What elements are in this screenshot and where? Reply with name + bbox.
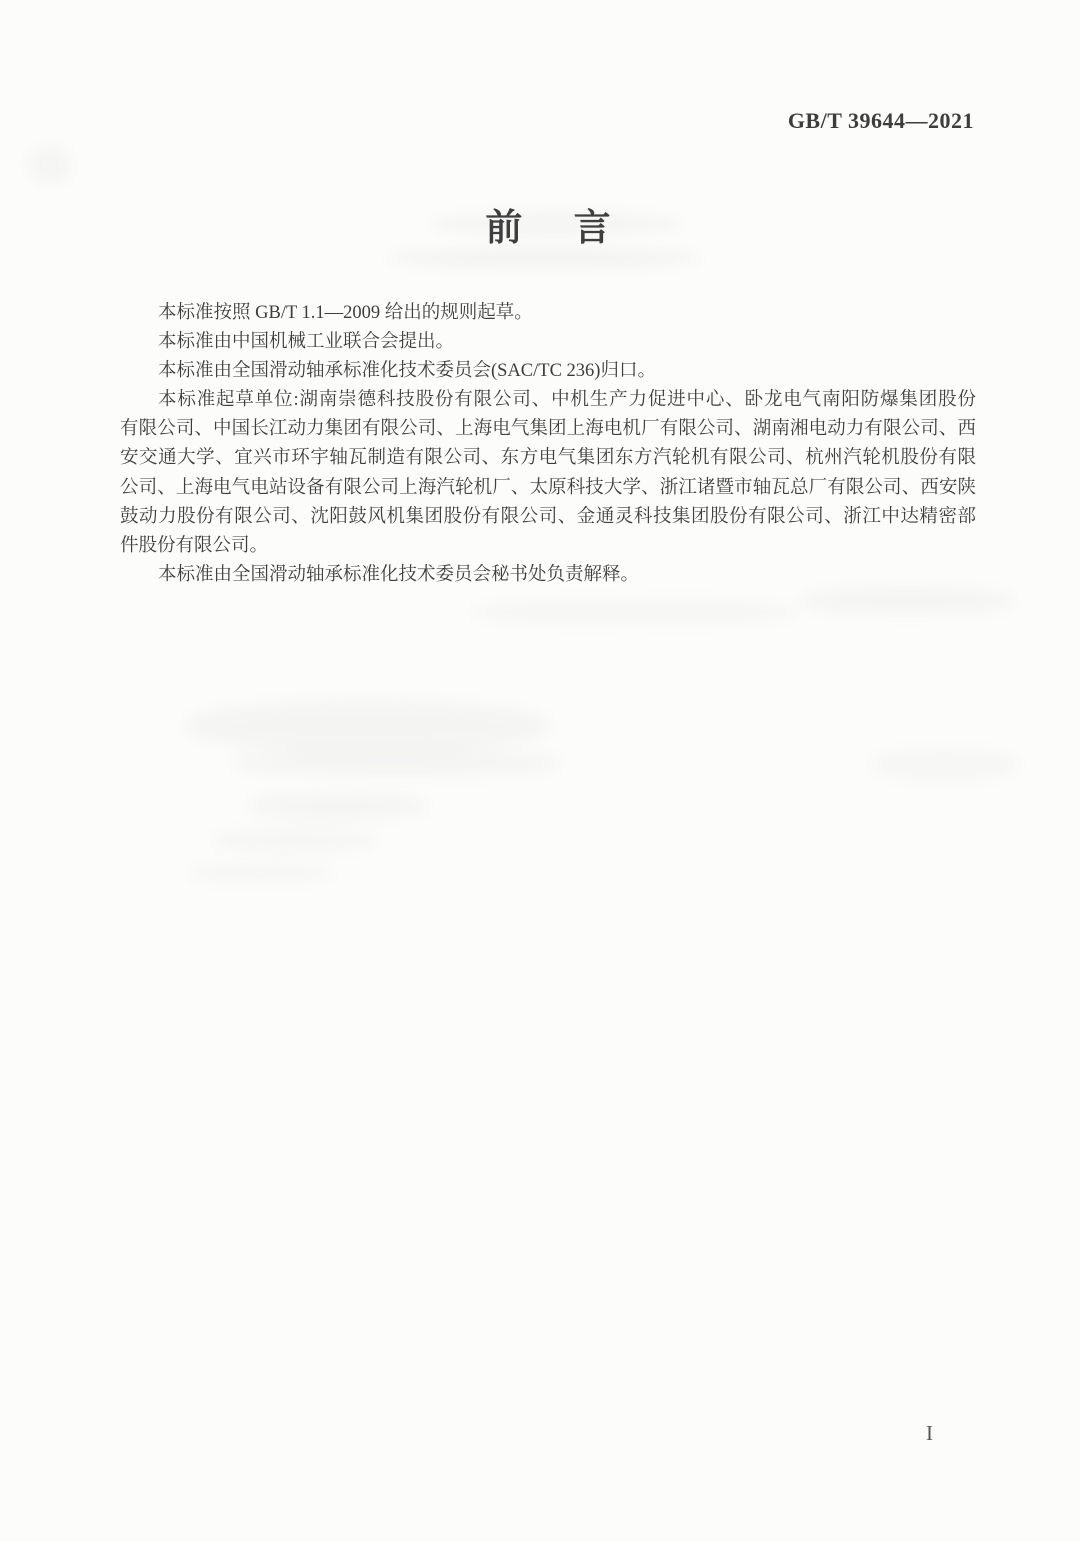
bleed-through-artifact (232, 748, 562, 778)
page-title: 前 言 (120, 197, 976, 251)
standard-number: GB/T 39644—2021 (788, 108, 974, 134)
body-line: 公司、上海电气电站设备有限公司上海汽轮机厂、太原科技大学、浙江诸暨市轴瓦总厂有限… (120, 474, 976, 503)
bleed-through-artifact (470, 598, 800, 626)
bleed-through-artifact (248, 792, 428, 820)
scanned-document-page: GB/T 39644—2021 前 言 本标准按照 GB/T 1.1—2009 … (0, 0, 1080, 1541)
bleed-through-artifact (212, 828, 377, 853)
bleed-through-artifact (28, 146, 72, 184)
page-number: I (926, 1421, 933, 1446)
body-line: 本标准按照 GB/T 1.1—2009 给出的规则起草。 (120, 299, 976, 328)
body-line: 件股份有限公司。 (120, 532, 976, 561)
body-line: 本标准由全国滑动轴承标准化技术委员会(SAC/TC 236)归口。 (120, 357, 976, 386)
body-line: 本标准由全国滑动轴承标准化技术委员会秘书处负责解释。 (120, 561, 976, 590)
bleed-through-artifact (388, 248, 700, 268)
bleed-through-artifact (188, 862, 333, 884)
foreword-body: 本标准按照 GB/T 1.1—2009 给出的规则起草。本标准由中国机械工业联合… (120, 299, 976, 590)
body-line: 有限公司、中国长江动力集团有限公司、上海电气集团上海电机厂有限公司、湖南湘电动力… (120, 415, 976, 444)
bleed-through-artifact (870, 748, 1020, 782)
bleed-through-artifact (800, 586, 1015, 616)
body-line: 本标准由中国机械工业联合会提出。 (120, 328, 976, 357)
body-line: 安交通大学、宜兴市环宇轴瓦制造有限公司、东方电气集团东方汽轮机有限公司、杭州汽轮… (120, 444, 976, 473)
body-line: 本标准起草单位:湖南崇德科技股份有限公司、中机生产力促进中心、卧龙电气南阳防爆集… (120, 386, 976, 415)
bleed-through-artifact (185, 700, 550, 752)
body-line: 鼓动力股份有限公司、沈阳鼓风机集团股份有限公司、金通灵科技集团股份有限公司、浙江… (120, 503, 976, 532)
